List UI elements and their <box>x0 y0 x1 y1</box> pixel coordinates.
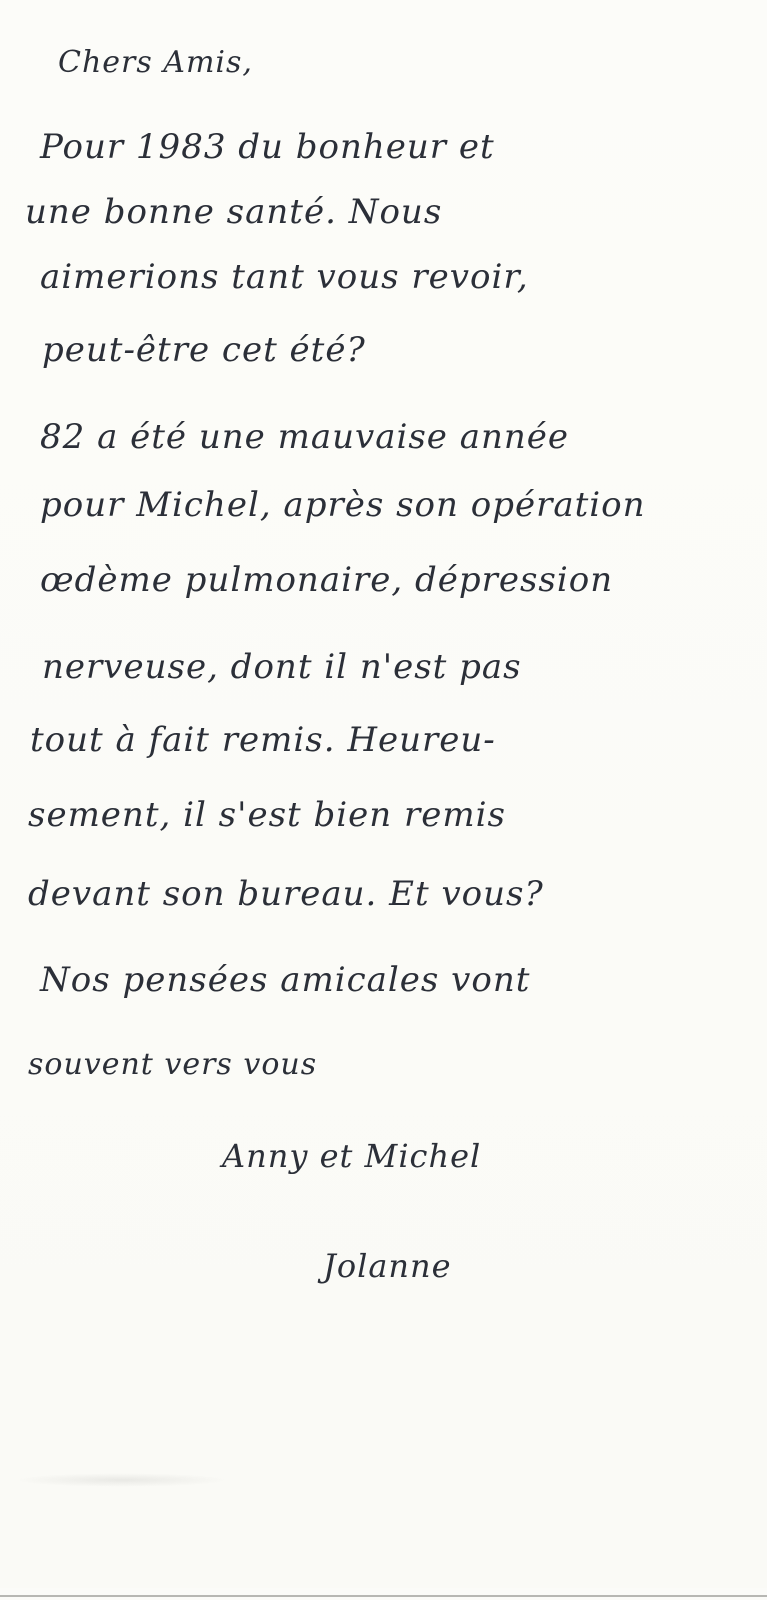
paper-bottom-edge <box>0 1595 767 1597</box>
body-line: tout à fait remis. Heureu- <box>30 723 496 757</box>
body-line: œdème pulmonaire, dépression <box>40 563 613 597</box>
letter-paper: Chers Amis, Pour 1983 du bonheur et une … <box>0 0 767 1588</box>
body-line: Pour 1983 du bonheur et <box>40 130 495 164</box>
signature: Jolanne <box>323 1250 452 1282</box>
body-line: sement, il s'est bien remis <box>28 798 506 832</box>
body-line: Nos pensées amicales vont <box>40 963 530 997</box>
body-line: pour Michel, après son opération <box>40 488 646 522</box>
body-line: nerveuse, dont il n'est pas <box>42 650 522 684</box>
body-line: souvent vers vous <box>28 1050 317 1080</box>
closing-names: Anny et Michel <box>222 1140 481 1172</box>
body-line: devant son bureau. Et vous? <box>28 877 544 911</box>
body-line: peut-être cet été? <box>42 333 366 367</box>
body-line: une bonne santé. Nous <box>25 195 442 229</box>
paper-smudge <box>14 1473 229 1487</box>
body-line: aimerions tant vous revoir, <box>40 260 529 294</box>
salutation: Chers Amis, <box>58 48 253 78</box>
body-line: 82 a été une mauvaise année <box>40 420 569 454</box>
